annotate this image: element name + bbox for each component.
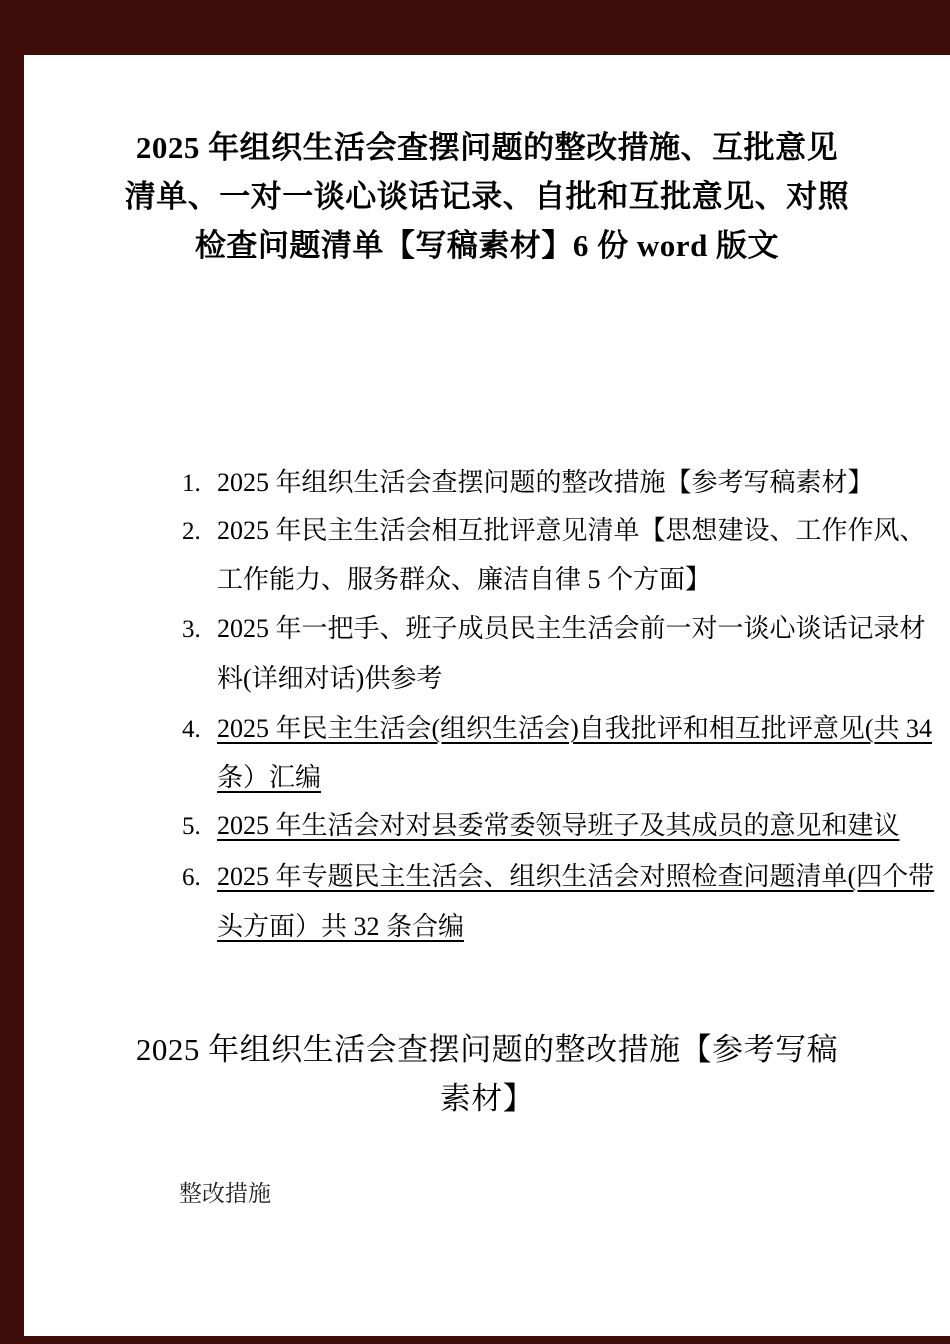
list-item-6-continued: 头方面）共 32 条合编	[178, 882, 464, 972]
screenshot-root: { "frame": { "background_color": "#3E0D0…	[0, 0, 950, 1344]
section-heading: 2025 年组织生活会查摆问题的整改措施【参考写稿 素材】	[24, 1025, 950, 1123]
document-title: 2025 年组织生活会查摆问题的整改措施、互批意见 清单、一对一谈心谈话记录、自…	[24, 123, 950, 270]
title-line-2: 清单、一对一谈心谈话记录、自批和互批意见、对照	[24, 172, 950, 221]
document-page: 2025 年组织生活会查摆问题的整改措施、互批意见 清单、一对一谈心谈话记录、自…	[24, 55, 950, 1336]
section-label: 整改措施	[179, 1181, 271, 1207]
title-line-3: 检查问题清单【写稿素材】6 份 word 版文	[24, 221, 950, 270]
viewer-background: 2025 年组织生活会查摆问题的整改措施、互批意见 清单、一对一谈心谈话记录、自…	[0, 0, 950, 1344]
item-link[interactable]: 2025 年民主生活会(组织生活会)自我批评和相互批评意见(共 34	[217, 714, 932, 743]
section-heading-line-1: 2025 年组织生活会查摆问题的整改措施【参考写稿	[24, 1025, 950, 1074]
title-line-1: 2025 年组织生活会查摆问题的整改措施、互批意见	[24, 123, 950, 172]
section-heading-line-2: 素材】	[24, 1074, 950, 1123]
item-link[interactable]: 头方面）共 32 条合编	[217, 912, 464, 941]
